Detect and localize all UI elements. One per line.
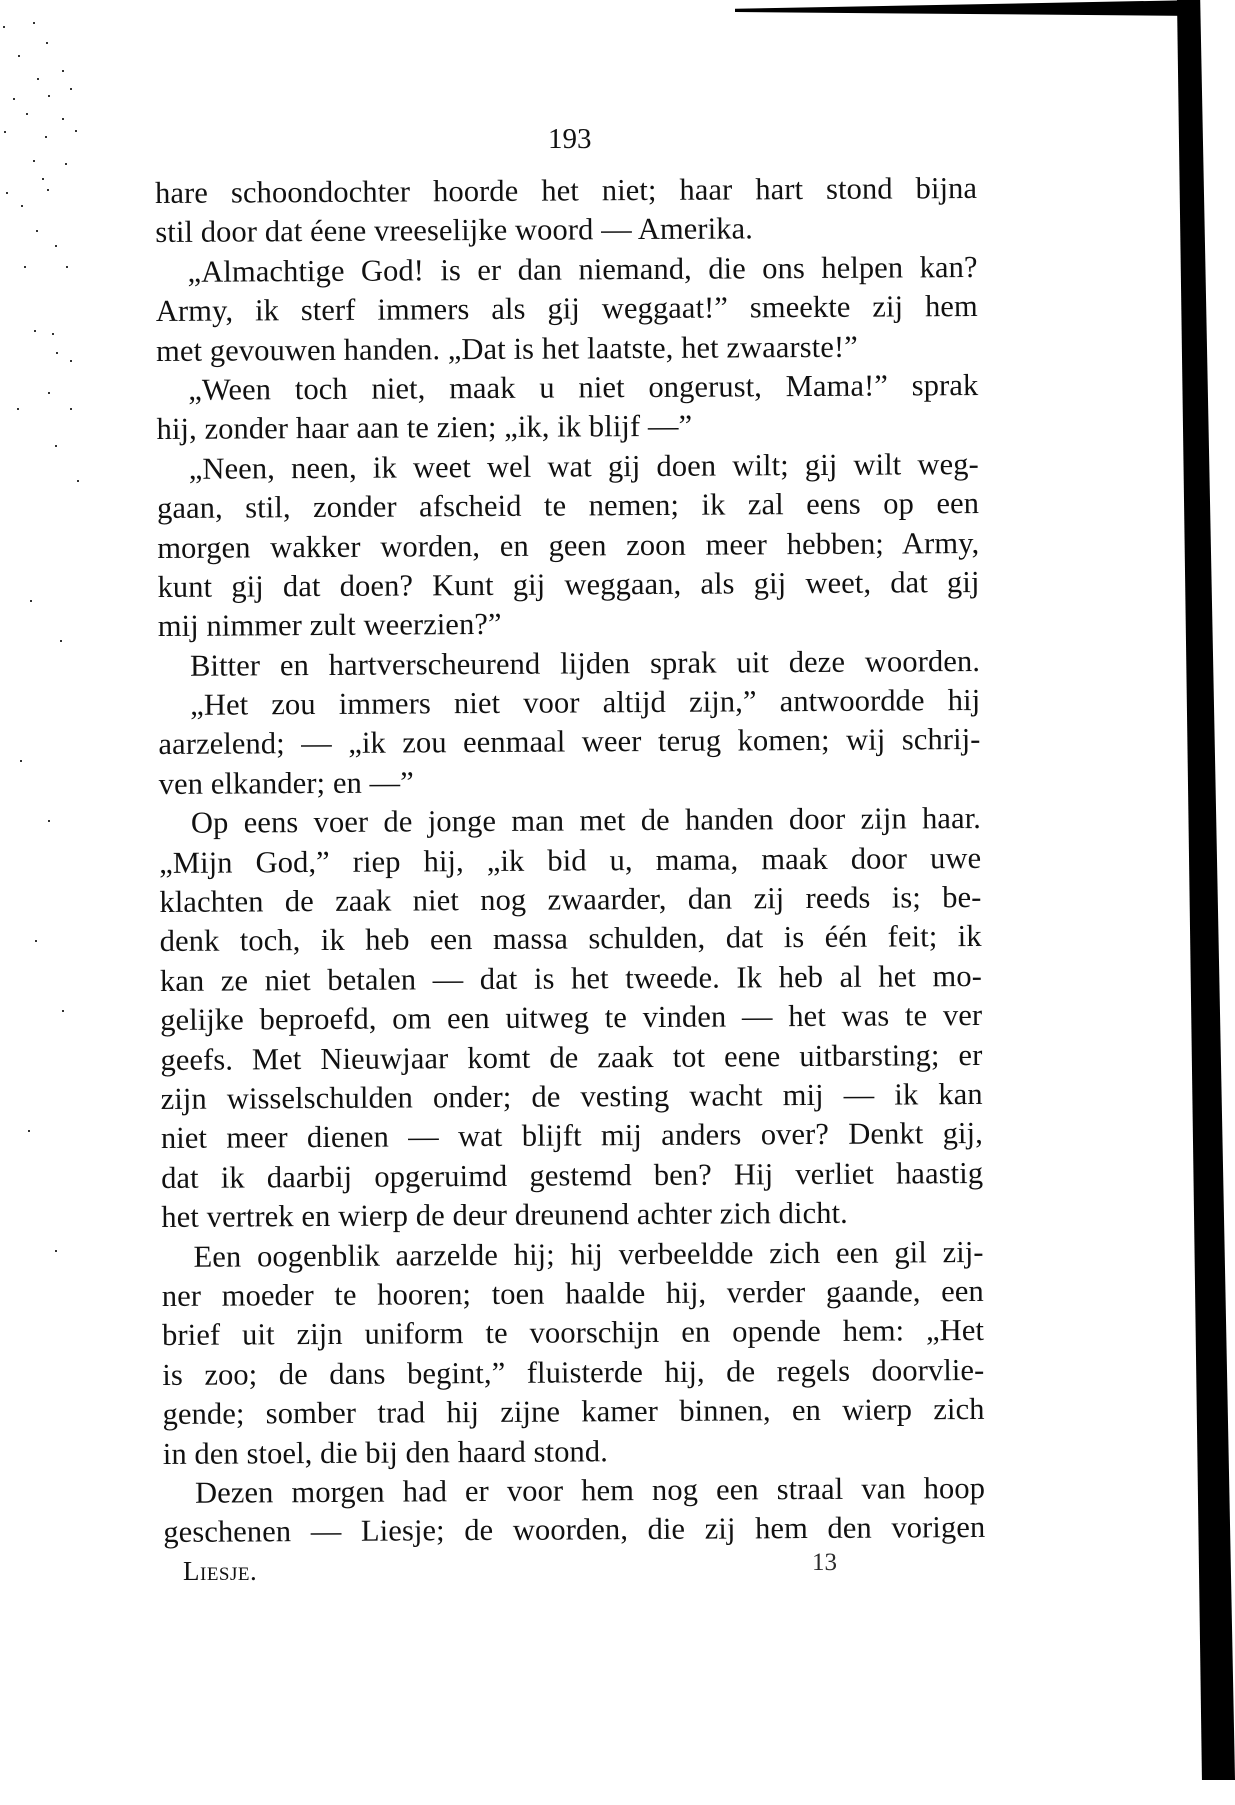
text-line: geschenen — Liesje; de woorden, die zij … [163,1508,985,1552]
text-line: Dezen morgen had er voor hem nog een str… [163,1469,985,1513]
text-line: „Ween toch niet, maak u niet ongerust, M… [156,366,978,410]
speck [47,189,49,191]
text-line: „Mijn God,” riep hij, „ik bid u, mama, m… [159,839,981,883]
speck [60,640,62,642]
speck [46,42,48,44]
scan-noise-left-margin [0,0,90,1400]
speck [18,55,20,57]
text-line: kan ze niet betalen — dat is het tweede.… [160,957,982,1001]
speck [33,160,35,162]
speck [20,760,22,762]
speck [48,392,50,394]
speck [52,333,54,335]
speck [62,70,64,72]
text-line: klachten de zaak niet nog zwaarder, dan … [159,878,981,922]
speck [35,940,37,942]
speck [62,1010,64,1012]
speck [17,408,19,410]
text-line: ven elkander; en —” [159,760,981,804]
body-text: hare schoondochter hoorde het niet; haar… [155,169,985,1553]
text-line: brief uit zijn uniform te voorschijn en … [162,1311,984,1355]
speck [65,163,67,165]
speck [66,266,68,268]
speck [6,192,8,194]
text-line: mij nimmer zult weerzien?” [158,602,980,646]
text-line: hare schoondochter hoorde het niet; haar… [155,169,977,213]
text-line: ner moeder te hooren; toen haalde hij, v… [162,1272,984,1316]
text-line: Army, ik sterf immers als gij weggaat!” … [156,287,978,331]
scan-border-right [1177,0,1235,1780]
speck [70,88,72,90]
speck [77,480,79,482]
signature-number: 13 [812,1548,837,1578]
speck [48,95,50,97]
text-line: Op eens voer de jonge man met de handen … [159,799,981,843]
text-line: dat ik daarbij opgeruimd gestemd ben? Hi… [161,1154,983,1198]
speck [30,600,32,602]
speck [33,22,35,24]
speck [42,178,44,180]
text-line: hij, zonder haar aan te zien; „ik, ik bl… [156,405,978,449]
speck [55,1250,57,1252]
text-line: geefs. Met Nieuwjaar komt de zaak tot ee… [160,1036,982,1080]
text-line: het vertrek en wierp de deur dreunend ac… [161,1193,983,1237]
text-line: zijn wisselschulden onder; de vesting wa… [161,1075,983,1119]
speck [37,78,39,80]
speck [26,113,28,115]
speck [34,330,36,332]
speck [45,136,47,138]
page-number: 193 [548,122,592,156]
text-line: niet meer dienen — wat blijft mij anders… [161,1114,983,1158]
speck [70,408,72,410]
text-line: gende; somber trad hij zijne kamer binne… [162,1390,984,1434]
signature-mark: Liesje. [183,1555,257,1587]
scan-border-top [735,0,1200,16]
speck [4,131,6,133]
speck [56,352,58,354]
speck [62,118,64,120]
text-line: aarzelend; — „ik zou eenmaal weer terug … [158,720,980,764]
text-line: met gevouwen handen. „Dat is het laatste… [156,327,978,371]
text-line: in den stoel, die bij den haard stond. [163,1429,985,1473]
text-line: gelijke beproefd, om een uitweg te vinde… [160,996,982,1040]
text-line: stil door dat éene vreeselijke woord — A… [155,208,977,252]
speck [55,445,57,447]
text-line: denk toch, ik heb een massa schulden, da… [160,917,982,961]
text-line: „Het zou immers niet voor altijd zijn,” … [158,681,980,725]
speck [13,98,15,100]
text-line: „Neen, neen, ik weet wel wat gij doen wi… [157,445,979,489]
text-line: Een oogenblik aarzelde hij; hij verbeeld… [161,1233,983,1277]
text-line: gaan, stil, zonder afscheid te nemen; ik… [157,484,979,528]
speck [21,205,23,207]
text-line: morgen wakker worden, en geen zoon meer … [157,523,979,567]
speck [28,1130,30,1132]
text-line: kunt gij dat doen? Kunt gij weggaan, als… [157,563,979,607]
speck [75,130,77,132]
speck [24,266,26,268]
speck [36,230,38,232]
speck [70,360,72,362]
speck [48,820,50,822]
text-line: Bitter en hartverscheurend lijden sprak … [158,642,980,686]
text-line: „Almachtige God! is er dan niemand, die … [155,248,977,292]
text-line: is zoo; de dans begint,” fluisterde hij,… [162,1351,984,1395]
speck [55,245,57,247]
speck [3,26,5,28]
